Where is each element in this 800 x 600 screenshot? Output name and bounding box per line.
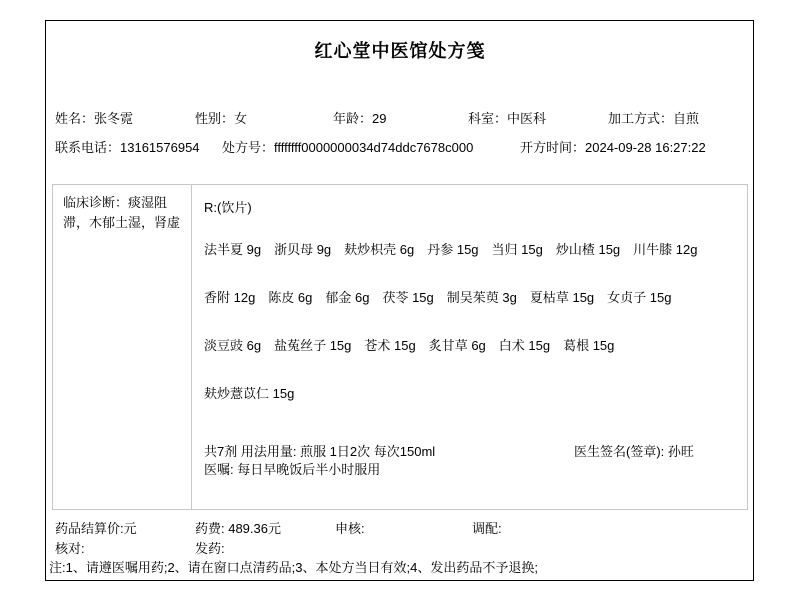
medicine-item: 法半夏 9g (204, 241, 261, 258)
medicine-item: 夏枯草 15g (530, 289, 594, 306)
medical-advice: 医嘱: 每日早晚饭后半小时服用 (204, 459, 380, 478)
medicine-item: 茯苓 15g (382, 289, 433, 306)
prescription-time: 开方时间：2024-09-28 16:27:22 (520, 137, 706, 156)
check-field: 核对: (55, 538, 85, 557)
processing-method: 加工方式：自煎 (608, 108, 699, 127)
medicine-item: 制吴茱萸 3g (447, 289, 517, 306)
medicine-item: 淡豆豉 6g (204, 337, 261, 354)
usage-line: 共7剂 用法用量: 煎服 1日2次 每次150ml (204, 441, 435, 460)
medicine-item: 川牛膝 12g (633, 241, 697, 258)
diagnosis-column: 临床诊断：痰湿阻滞，木郁土湿，肾虚 (53, 185, 192, 509)
medicine-item: 葛根 15g (563, 337, 614, 354)
medicine-item: 盐菟丝子 15g (274, 337, 351, 354)
medicine-line: 法半夏 9g浙贝母 9g麸炒枳壳 6g丹参 15g当归 15g炒山楂 15g川牛… (204, 241, 744, 289)
medicine-item: 麸炒薏苡仁 15g (204, 385, 294, 402)
medicine-item: 丹参 15g (427, 241, 478, 258)
medicine-item: 香附 12g (204, 289, 255, 306)
patient-name: 姓名：张冬霓 (55, 108, 133, 127)
prescription-number: 处方号：ffffffff0000000034d74ddc7678c000 (222, 137, 473, 156)
patient-age: 年龄：29 (333, 108, 386, 127)
medicine-item: 麸炒枳壳 6g (344, 241, 414, 258)
patient-department: 科室：中医科 (468, 108, 546, 127)
medicine-item: 炙甘草 6g (429, 337, 486, 354)
prescription-page: 红心堂中医馆处方笺 姓名：张冬霓 性别：女 年龄：29 科室：中医科 加工方式：… (0, 0, 800, 600)
prescription-box: 临床诊断：痰湿阻滞，木郁土湿，肾虚 R:(饮片) 法半夏 9g浙贝母 9g麸炒枳… (52, 184, 748, 510)
settlement-price: 药品结算价:元 (55, 518, 137, 537)
medicine-lines: 法半夏 9g浙贝母 9g麸炒枳壳 6g丹参 15g当归 15g炒山楂 15g川牛… (204, 241, 744, 433)
dispense-field: 发药: (195, 538, 225, 557)
medicine-line: 淡豆豉 6g盐菟丝子 15g苍术 15g炙甘草 6g白术 15g葛根 15g (204, 337, 744, 385)
clinical-diagnosis: 临床诊断：痰湿阻滞，木郁土湿，肾虚 (63, 193, 185, 233)
patient-gender: 性别：女 (195, 108, 247, 127)
medicine-item: 白术 15g (499, 337, 550, 354)
medicine-item: 炒山楂 15g (556, 241, 620, 258)
medicine-item: 当归 15g (492, 241, 543, 258)
rx-header: R:(饮片) (204, 197, 252, 216)
medicine-line: 香附 12g陈皮 6g郁金 6g茯苓 15g制吴茱萸 3g夏枯草 15g女贞子 … (204, 289, 744, 337)
compound-field: 调配: (472, 518, 502, 537)
medicine-item: 女贞子 15g (607, 289, 671, 306)
medicine-item: 浙贝母 9g (274, 241, 331, 258)
medicine-item: 苍术 15g (364, 337, 415, 354)
footer-note: 注:1、请遵医嘱用药;2、请在窗口点清药品;3、本处方当日有效;4、发出药品不予… (49, 557, 538, 576)
patient-phone: 联系电话：13161576954 (55, 137, 200, 156)
page-title: 红心堂中医馆处方笺 (0, 37, 800, 63)
medicine-fee: 药费: 489.36元 (195, 518, 281, 537)
doctor-signature: 医生签名(签章): 孙旺 (574, 441, 694, 460)
medicine-item: 陈皮 6g (268, 289, 312, 306)
medicine-item: 郁金 6g (325, 289, 369, 306)
review-field: 申核: (335, 518, 365, 537)
medicine-line: 麸炒薏苡仁 15g (204, 385, 744, 433)
